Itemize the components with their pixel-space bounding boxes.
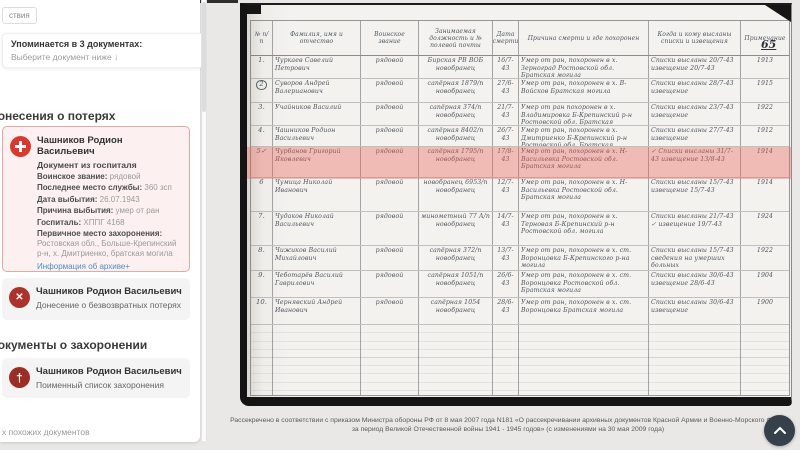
scan-cell: Умер от ран, похоронен в х. ст. Воронцов…	[519, 298, 649, 324]
scan-table-row: 8.Чижиков Василий Михайловичрядовойсапёр…	[251, 246, 789, 271]
field-value: рядовой	[107, 172, 140, 181]
scan-cell	[419, 325, 493, 395]
loss-x-icon: ✕	[9, 287, 30, 308]
scan-cell: рядовой	[361, 298, 419, 324]
scan-cell: Чашников Родион Васильевич	[273, 126, 361, 146]
field-value: 360 зсп	[142, 183, 172, 192]
chevron-up-icon	[773, 426, 787, 435]
scan-cell: сапёрная 1054 новобранец	[419, 298, 493, 324]
scan-cell: Списки высланы 30/6-43 извещение 28/6-43	[649, 271, 741, 297]
scan-cell: 1922	[741, 103, 789, 125]
scan-cell: 28/6-43	[493, 298, 519, 324]
scan-cell: Занимаемая должность и № полевой почты	[419, 21, 493, 55]
scan-cell: Чуркаев Савелий Петрович	[273, 56, 361, 78]
declassification-disclaimer: Рассекречено в соответствии с приказом М…	[230, 416, 786, 434]
similar-documents-link[interactable]: х похожих документов	[2, 427, 90, 437]
scan-table-header: № п/пФамилия, имя и отчествоВоинское зва…	[251, 21, 789, 56]
scan-cell: рядовой	[361, 103, 419, 125]
scan-cell: 12/7-43	[493, 178, 519, 211]
scan-cell: 1.	[251, 56, 273, 78]
scan-cell	[519, 325, 649, 395]
doc-type: Документ из госпиталя	[37, 160, 182, 170]
doc-type: Поименный список захоронения	[36, 380, 183, 390]
scan-cell: 1914	[741, 178, 789, 211]
scan-cell: 14/7-43	[493, 212, 519, 245]
scan-table-row: 3.Учайников Василийрядовойсапёрная 374/п…	[251, 103, 789, 126]
scan-cell	[649, 325, 741, 395]
field-value: умер от ран	[113, 206, 159, 215]
scan-cell: Списки высланы 28/7-43 извещение	[649, 79, 741, 102]
scan-cell: сапёрная 374/п новобранец	[419, 103, 493, 125]
burial-cross-icon: †	[9, 367, 30, 388]
scan-cell: 4.	[251, 126, 273, 146]
scan-cell: Списки высланы 30/6-43 извещение	[649, 298, 741, 324]
scan-cell: Умер от ран похоронен в х. Владимировка …	[519, 103, 649, 125]
scan-cell	[251, 325, 273, 395]
scan-cell: новобранец 6953/п новобранец	[419, 178, 493, 211]
person-name: Чашников Родион Васильевич	[36, 366, 183, 377]
scan-cell: рядовой	[361, 271, 419, 297]
scan-cell: № п/п	[251, 21, 273, 55]
field-label: Госпиталь:	[37, 218, 81, 227]
scan-cell: 1912	[741, 126, 789, 146]
cropped-header-bar	[206, 0, 238, 3]
scan-cell	[273, 325, 361, 395]
section-burial-title: Документы о захоронении	[0, 338, 147, 352]
down-arrow-icon: ↓	[114, 52, 118, 62]
hospital-field: Воинское звание: рядовой	[37, 172, 182, 182]
scan-cell: Умер от ран, похоронен в х. Зерноград Ро…	[519, 56, 649, 78]
scan-cell: Фамилия, имя и отчество	[273, 21, 361, 55]
scan-table-row: 6Чумица Николай Ивановичрядовойновобране…	[251, 178, 789, 212]
scan-cell: 26/7-43	[493, 126, 519, 146]
scan-cell: рядовой	[361, 126, 419, 146]
scan-cell: 13/7-43	[493, 246, 519, 270]
field-label: Дата выбытия:	[37, 195, 97, 204]
hospital-field: Первичное место захоронения: Ростовская …	[37, 229, 182, 259]
scan-cell: Списки высланы 27/7-43 извещение	[649, 126, 741, 146]
scan-cell: Примечание	[741, 21, 789, 55]
scan-cell: рядовой	[361, 79, 419, 102]
scan-cell: 16/7-43	[493, 56, 519, 78]
scan-cell: Дата смерти	[493, 21, 519, 55]
scan-cell: 21/7-43	[493, 103, 519, 125]
field-label: Первичное место захоронения:	[37, 229, 162, 238]
scan-cell: Когда и кому высланы списки и извещения	[649, 21, 741, 55]
document-scan[interactable]: 65 № п/пФамилия, имя и отчествоВоинское …	[240, 3, 792, 406]
scan-cell: Умер от ран, похоронен в х. ст. Воронцов…	[519, 271, 649, 297]
scan-cell: Учайников Василий	[273, 103, 361, 125]
scan-cell: 1913	[741, 56, 789, 78]
field-label: Причина выбытия:	[37, 206, 113, 215]
hospital-field: Дата выбытия: 26.07.1943	[37, 195, 182, 205]
scan-cell: Умер от ран, похоронен в х. ст. Воронцов…	[519, 246, 649, 270]
scan-cell: 7.	[251, 212, 273, 245]
scan-cell	[741, 325, 789, 395]
person-name: Чашников Родион Васильевич	[37, 135, 182, 157]
scan-cell: Списки высланы 15/7-43 извещение 15/7-43	[649, 178, 741, 211]
scan-cell: 10.	[251, 298, 273, 324]
scan-cell: Списки высланы 23/7-43 извещение	[649, 103, 741, 125]
scan-corner-shadow	[247, 5, 261, 14]
scan-cell: минометный 77 А/п новобранец	[419, 212, 493, 245]
field-value: ХППГ 4168	[81, 218, 124, 227]
scan-cell: Чудаков Николай Васильевич	[273, 212, 361, 245]
hospital-plus-icon	[10, 136, 31, 157]
scan-table-row: 2Суворов Андрей Валериановичрядовойсапёр…	[251, 79, 789, 103]
scan-cell: 6	[251, 178, 273, 211]
sidebar: ствия Упоминается в 3 документах: Выбери…	[0, 0, 200, 442]
scan-table-row: 5✓Чурбанов Григорий Яковлевичрядовойсапё…	[251, 147, 789, 178]
scan-cell: Чурбанов Григорий Яковлевич	[273, 147, 361, 177]
scan-cell: сапёрная 372/п новобранец	[419, 246, 493, 270]
scan-cell: 2	[251, 79, 273, 102]
scan-cell: 9.	[251, 271, 273, 297]
scan-cell: сапёрная 1795/п новобранец	[419, 147, 493, 177]
scan-cell: 26/6-43	[493, 271, 519, 297]
scan-cell: 1924	[741, 212, 789, 245]
scan-cell: Умер от ран, похоронен в х. Н-Васильевка…	[519, 147, 649, 177]
scan-cell: рядовой	[361, 212, 419, 245]
scroll-top-button[interactable]	[764, 415, 795, 446]
scan-cell: Воинское звание	[361, 21, 419, 55]
doc-type: Донесение о безвозвратных потерях	[36, 300, 183, 310]
scan-cell: Чеботарёв Василий Гаврилович	[273, 271, 361, 297]
scan-cell: сапёрная 1051/п новобранец	[419, 271, 493, 297]
hospital-fields: Воинское звание: рядовойПоследнее место …	[37, 172, 182, 260]
scan-cell: сапёрная 8402/п новобранец	[419, 126, 493, 146]
scan-cell: Списки высланы 20/7-43 извещение 20/7-43	[649, 56, 741, 78]
mentions-title: Упоминается в 3 документах:	[11, 39, 195, 49]
scan-cell: Чижиков Василий Михайлович	[273, 246, 361, 270]
scan-cell: сапёрная 1879/п новобранец	[419, 79, 493, 102]
hospital-field: Госпиталь: ХППГ 4168	[37, 218, 182, 228]
scan-table-row: 4.Чашников Родион Васильевичрядовойсапёр…	[251, 126, 789, 147]
scan-cell: 5✓	[251, 147, 273, 177]
scan-cell	[361, 325, 419, 395]
scan-cell: рядовой	[361, 56, 419, 78]
scan-cell: 1922	[741, 246, 789, 270]
filter-chip[interactable]: ствия	[2, 7, 37, 24]
scan-cell: рядовой	[361, 246, 419, 270]
scan-cell: Причина смерти и где похоронен	[519, 21, 649, 55]
section-losses-title: Донесения о потерях	[0, 109, 115, 123]
field-label: Воинское звание:	[37, 172, 107, 181]
scan-cell: 1904	[741, 271, 789, 297]
sidebar-scrollbar-thumb[interactable]	[202, 2, 206, 112]
hospital-field: Последнее место службы: 360 зсп	[37, 183, 182, 193]
scan-cell: Чумица Николай Иванович	[273, 178, 361, 211]
scan-cell: рядовой	[361, 147, 419, 177]
burial-list-card[interactable]: † Чашников Родион Васильевич Поименный с…	[2, 358, 190, 398]
scan-cell: Списки высланы 21/7-43 ✓ извещение 19/7-…	[649, 212, 741, 245]
scan-cell: рядовой	[361, 178, 419, 211]
scan-cell: Суворов Андрей Валерианович	[273, 79, 361, 102]
mentions-subtitle: Выберите документ ниже ↓	[11, 52, 195, 62]
scan-cell: Списки высланы 15/7-43 сведения на умерш…	[649, 246, 741, 270]
archive-info-link[interactable]: Информация об архиве+	[37, 262, 182, 271]
person-name: Чашников Родион Васильевич	[36, 286, 183, 297]
scan-cell: 17/8-43	[493, 147, 519, 177]
scan-empty-rows	[251, 325, 789, 395]
field-value: 26.07.1943	[97, 195, 139, 204]
hospital-field: Причина выбытия: умер от ран	[37, 206, 182, 216]
scan-table: № п/пФамилия, имя и отчествоВоинское зва…	[250, 20, 790, 396]
scan-cell: 1915	[741, 79, 789, 102]
scan-table-row: 10.Чернявский Андрей Ивановичрядовойсапё…	[251, 298, 789, 325]
hospital-document-card[interactable]: Чашников Родион Васильевич Документ из г…	[2, 126, 190, 272]
scan-cell: Чернявский Андрей Иванович	[273, 298, 361, 324]
scan-table-row: 7.Чудаков Николай Васильевичрядовоймином…	[251, 212, 789, 246]
scan-cell: 27/6-43	[493, 79, 519, 102]
scan-cell: Умер от ран, похоронен в х. Терновая Б-К…	[519, 212, 649, 245]
field-label: Последнее место службы:	[37, 183, 142, 192]
scan-cell: 1900	[741, 298, 789, 324]
scan-cell: Умер от ран, похоронен в х. В-Войсков Бр…	[519, 79, 649, 102]
scan-cell: 1914	[741, 147, 789, 177]
mentions-card: Упоминается в 3 документах: Выберите док…	[2, 33, 204, 68]
scan-cell: 3.	[251, 103, 273, 125]
scan-table-row: 9.Чеботарёв Василий Гавриловичрядовойсап…	[251, 271, 789, 298]
scan-table-row: 1.Чуркаев Савелий ПетровичрядовойБирская…	[251, 56, 789, 79]
scan-cell: Умер от ран, похоронен в х. Дмитриенко Б…	[519, 126, 649, 146]
field-value: Ростовская обл., Больше-Крепинский р-н, …	[37, 239, 176, 258]
scan-cell	[493, 325, 519, 395]
scan-cell: 8.	[251, 246, 273, 270]
scan-cell: Умер от ран, похоронен в х. Н-Васильевка…	[519, 178, 649, 211]
scan-cell: ✓ Списки высланы 31/7-43 извещение 13/8-…	[649, 147, 741, 177]
loss-report-card[interactable]: ✕ Чашников Родион Васильевич Донесение о…	[2, 278, 190, 320]
scan-cell: Бирская РВ ВОБ новобранец	[419, 56, 493, 78]
